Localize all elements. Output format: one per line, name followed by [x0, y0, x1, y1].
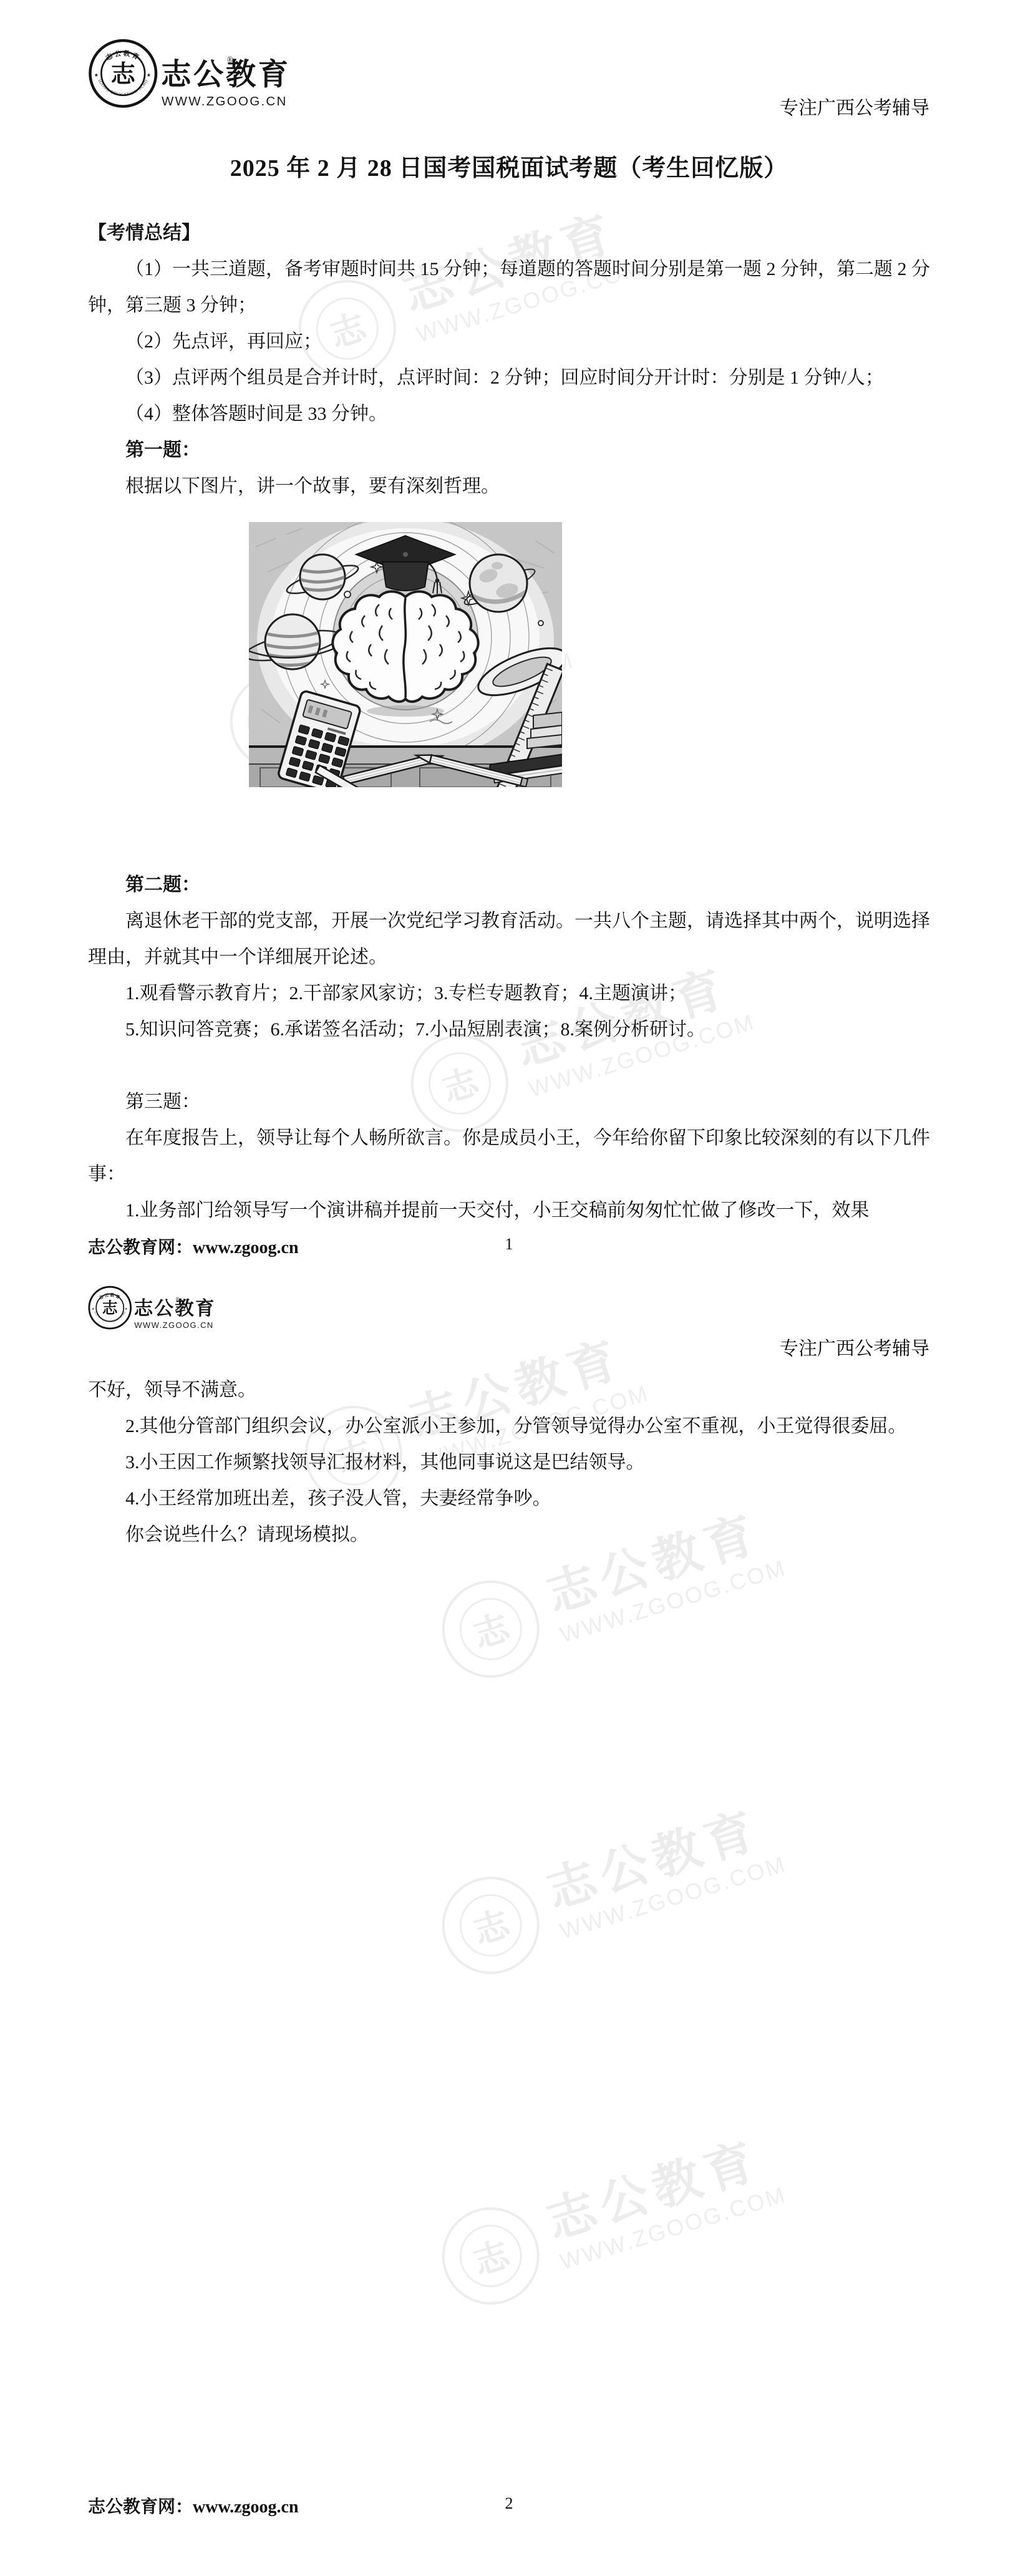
question-1-text: 根据以下图片，讲一个故事，要有深刻哲理。 — [88, 468, 930, 505]
question-3-item: 1.业务部门给领导写一个演讲稿并提前一天交付，小王交稿前匆匆忙忙做了修改一下，效… — [88, 1193, 930, 1229]
question-3-item-continuation: 不好，领导不满意。 — [88, 1372, 930, 1408]
watermark: 志 志公教育WWW.ZGOOG.COM — [430, 2122, 792, 2317]
question-2-options: 5.知识问答竞赛；6.承诺签名活动；7.小品短剧表演；8.案例分析研讨。 — [88, 1012, 930, 1048]
question-illustration — [249, 522, 562, 787]
question-3-item: 3.小王因工作频繁找领导汇报材料，其他同事说这是巴结领导。 — [88, 1445, 930, 1481]
watermark-seal-icon: 志 — [430, 1569, 551, 1690]
summary-item: （1）一共三道题，备考审题时间共 15 分钟；每道题的答题时间分别是第一题 2 … — [88, 251, 930, 324]
summary-item: （4）整体答题时间是 33 分钟。 — [88, 396, 930, 432]
question-3-text: 在年度报告上，领导让每个人畅所欲言。你是成员小王，今年给你留下印象比较深刻的有以… — [88, 1120, 930, 1193]
question-3-item: 4.小王经常加班出差，孩子没人管，夫妻经常争吵。 — [88, 1481, 930, 1517]
question-2-heading: 第二题： — [88, 867, 930, 903]
page-number: 1 — [0, 1235, 1018, 1254]
page-1: 志 志公教育WWW.ZGOOG.COM 志 志公教育WWW.ZGOOG.COM … — [0, 0, 1018, 1276]
question-3-heading: 第三题： — [88, 1084, 930, 1120]
question-3-closing: 你会说些什么？请现场模拟。 — [88, 1517, 930, 1553]
watermark-seal-icon: 志 — [430, 1865, 551, 1987]
watermark: 志 志公教育WWW.ZGOOG.COM — [430, 1791, 792, 1987]
summary-item: （3）点评两个组员是合并计时，点评时间：2 分钟；回应时间分开计时：分别是 1 … — [88, 360, 930, 396]
watermark-seal-icon: 志 — [430, 2196, 551, 2317]
page-2-body: 不好，领导不满意。 2.其他分管部门组织会议，办公室派小王参加，分管领导觉得办公… — [88, 1276, 930, 1553]
summary-item: （2）先点评，再回应； — [88, 324, 930, 360]
document: { "brand": { "name": "志公教育", "reg": "®",… — [0, 0, 1018, 2576]
question-2-text: 离退休老干部的党支部，开展一次党纪学习教育活动。一共八个主题，请选择其中两个，说… — [88, 903, 930, 976]
page-number: 2 — [0, 2494, 1018, 2513]
question-1-heading: 第一题： — [88, 432, 930, 468]
brain-planets-sketch — [249, 522, 562, 787]
summary-heading: 【考情总结】 — [88, 215, 930, 251]
page-2: 志 志公教育WWW.ZGOOG.COM 志 志公教育WWW.ZGOOG.COM … — [0, 1276, 1018, 2576]
question-2-options: 1.观看警示教育片；2.干部家风家访；3.专栏专题教育；4.主题演讲； — [88, 976, 930, 1012]
question-3-item: 2.其他分管部门组织会议，办公室派小王参加，分管领导觉得办公室不重视，小王觉得很… — [88, 1408, 930, 1445]
page-1-body: 【考情总结】 （1）一共三道题，备考审题时间共 15 分钟；每道题的答题时间分别… — [88, 0, 930, 1229]
